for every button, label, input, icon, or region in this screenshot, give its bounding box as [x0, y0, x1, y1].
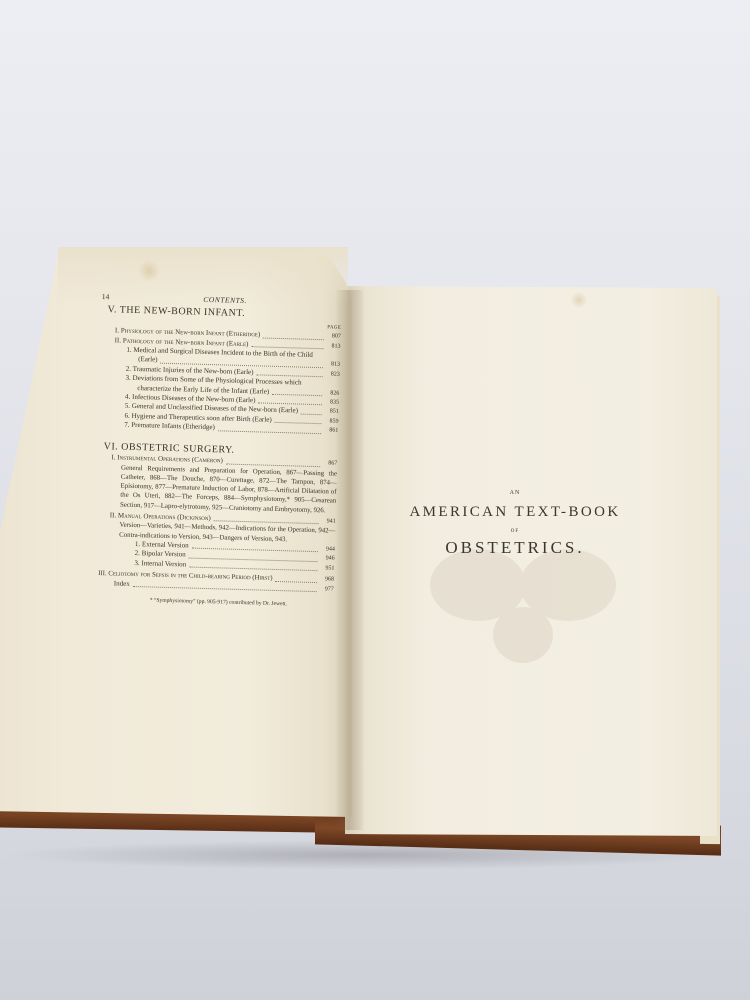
paper-stain [138, 260, 160, 282]
photo-scene: 14 CONTENTS. V. THE NEW-BORN INFANT. PAG… [0, 0, 750, 1000]
section-summary: General Requirements and Preparation for… [96, 462, 337, 515]
leader-dots [189, 567, 317, 572]
contents-page: 14 CONTENTS. V. THE NEW-BORN INFANT. PAG… [93, 292, 342, 611]
title-prefix: AN [380, 490, 650, 496]
page-number: 14 [102, 292, 110, 302]
running-title: CONTENTS. [203, 295, 247, 306]
title-of: OF [380, 529, 650, 534]
leader-dots [218, 430, 321, 434]
paper-stain [570, 292, 588, 308]
leader-dots [275, 422, 322, 424]
leader-dots [133, 586, 317, 592]
book-subject: OBSTETRICS. [380, 538, 650, 558]
leader-dots [275, 581, 317, 583]
book-title: AMERICAN TEXT-BOOK [380, 504, 650, 521]
leader-dots [272, 394, 322, 396]
show-through-ornament [428, 545, 618, 665]
title-page: AN AMERICAN TEXT-BOOK OF OBSTETRICS. [380, 490, 650, 558]
leader-dots [301, 413, 322, 415]
